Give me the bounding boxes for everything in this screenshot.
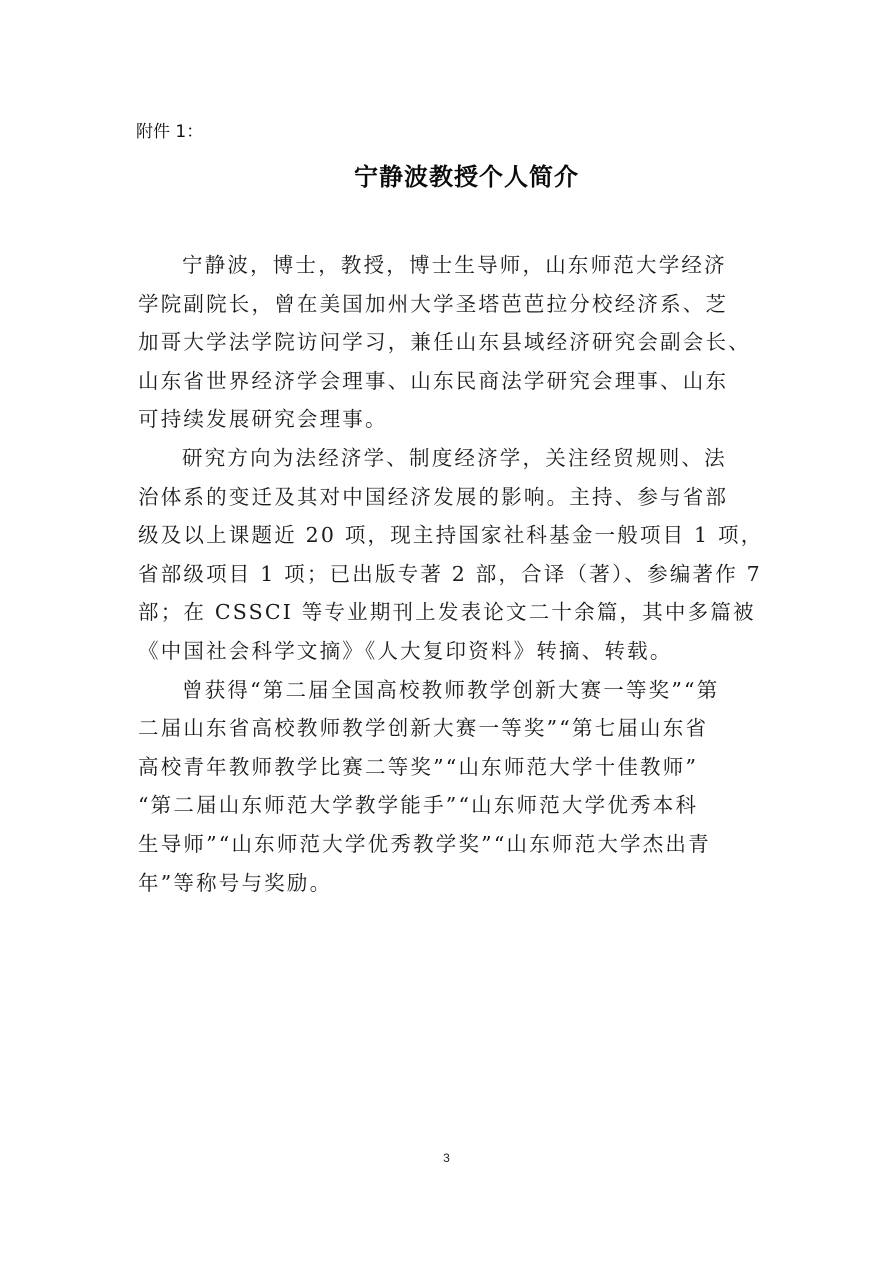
text-line: 宁静波，博士，教授，博士生导师，山东师范大学经济 (138, 246, 788, 285)
document-body: 宁静波，博士，教授，博士生导师，山东师范大学经济 学院副院长，曾在美国加州大学圣… (138, 246, 788, 902)
attachment-label: 附件 1： (136, 120, 203, 144)
page-number: 3 (0, 1150, 893, 1166)
text-line: 省部级项目 1 项；已出版专著 2 部，合译（著）、参编著作 7 (138, 555, 788, 594)
paragraph-intro: 宁静波，博士，教授，博士生导师，山东师范大学经济 学院副院长，曾在美国加州大学圣… (138, 246, 788, 439)
document-page: 附件 1： 宁静波教授个人简介 宁静波，博士，教授，博士生导师，山东师范大学经济… (0, 0, 893, 1263)
text-line: 治体系的变迁及其对中国经济发展的影响。主持、参与省部 (138, 478, 788, 517)
text-line: 研究方向为法经济学、制度经济学，关注经贸规则、法 (138, 439, 788, 478)
text-line: 部；在 CSSCI 等专业期刊上发表论文二十余篇，其中多篇被 (138, 593, 788, 632)
text-line: 加哥大学法学院访问学习，兼任山东县域经济研究会副会长、 (138, 323, 788, 362)
text-line: 高校青年教师教学比赛二等奖”“山东师范大学十佳教师” (138, 748, 788, 787)
text-line: 曾获得“第二届全国高校教师教学创新大赛一等奖”“第 (138, 671, 788, 710)
paragraph-research: 研究方向为法经济学、制度经济学，关注经贸规则、法 治体系的变迁及其对中国经济发展… (138, 439, 788, 671)
text-line: 年”等称号与奖励。 (138, 864, 788, 903)
text-line: 生导师”“山东师范大学优秀教学奖”“山东师范大学杰出青 (138, 825, 788, 864)
text-line: 学院副院长，曾在美国加州大学圣塔芭芭拉分校经济系、芝 (138, 285, 788, 324)
paragraph-awards: 曾获得“第二届全国高校教师教学创新大赛一等奖”“第 二届山东省高校教师教学创新大… (138, 671, 788, 903)
text-line: 山东省世界经济学会理事、山东民商法学研究会理事、山东 (138, 362, 788, 401)
text-line: “第二届山东师范大学教学能手”“山东师范大学优秀本科 (138, 786, 788, 825)
text-line: 二届山东省高校教师教学创新大赛一等奖”“第七届山东省 (138, 709, 788, 748)
text-line: 级及以上课题近 20 项，现主持国家社科基金一般项目 1 项， (138, 516, 788, 555)
text-line: 《中国社会科学文摘》《人大复印资料》转摘、转载。 (138, 632, 788, 671)
text-line: 可持续发展研究会理事。 (138, 400, 788, 439)
document-title: 宁静波教授个人简介 (0, 157, 893, 197)
